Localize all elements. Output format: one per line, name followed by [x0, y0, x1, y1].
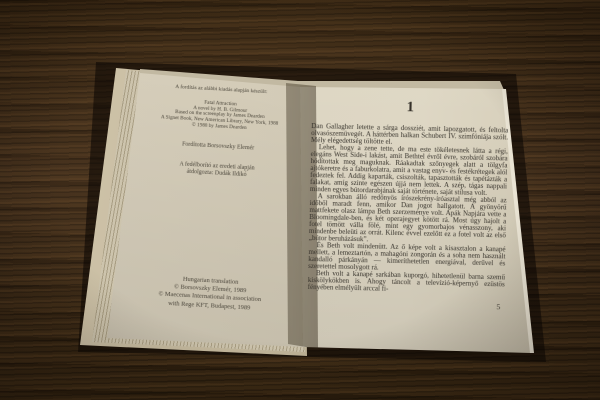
body-paragraph: A sarokban álló redőnyös írószekrény-író…: [309, 193, 507, 246]
right-page-text: 1 Dan Gallagher letette a sárga dossziét…: [307, 97, 509, 311]
cover-artist-credit: A fedélborító az eredeti alapján átdolgo…: [135, 158, 300, 181]
photo-of-open-book: A fordítás az alábbi kiadás alapján kész…: [0, 0, 600, 400]
body-paragraph: Lehet, hogy a zene tette, de ma este tök…: [310, 144, 508, 197]
left-page-text: A fordítás az alábbi kiadás alapján kész…: [127, 75, 304, 315]
chapter-number: 1: [312, 97, 509, 118]
body-paragraph: Beth volt a kanapé sarkában kuporgó, hih…: [308, 270, 505, 295]
edition-block: Fatal Attraction A novel by H. B. Gilmou…: [137, 97, 302, 135]
edition-note: A fordítás az alábbi kiadás alapján kész…: [139, 82, 303, 97]
translator-credit: Fordította Borsovszky Elemér: [136, 138, 300, 153]
